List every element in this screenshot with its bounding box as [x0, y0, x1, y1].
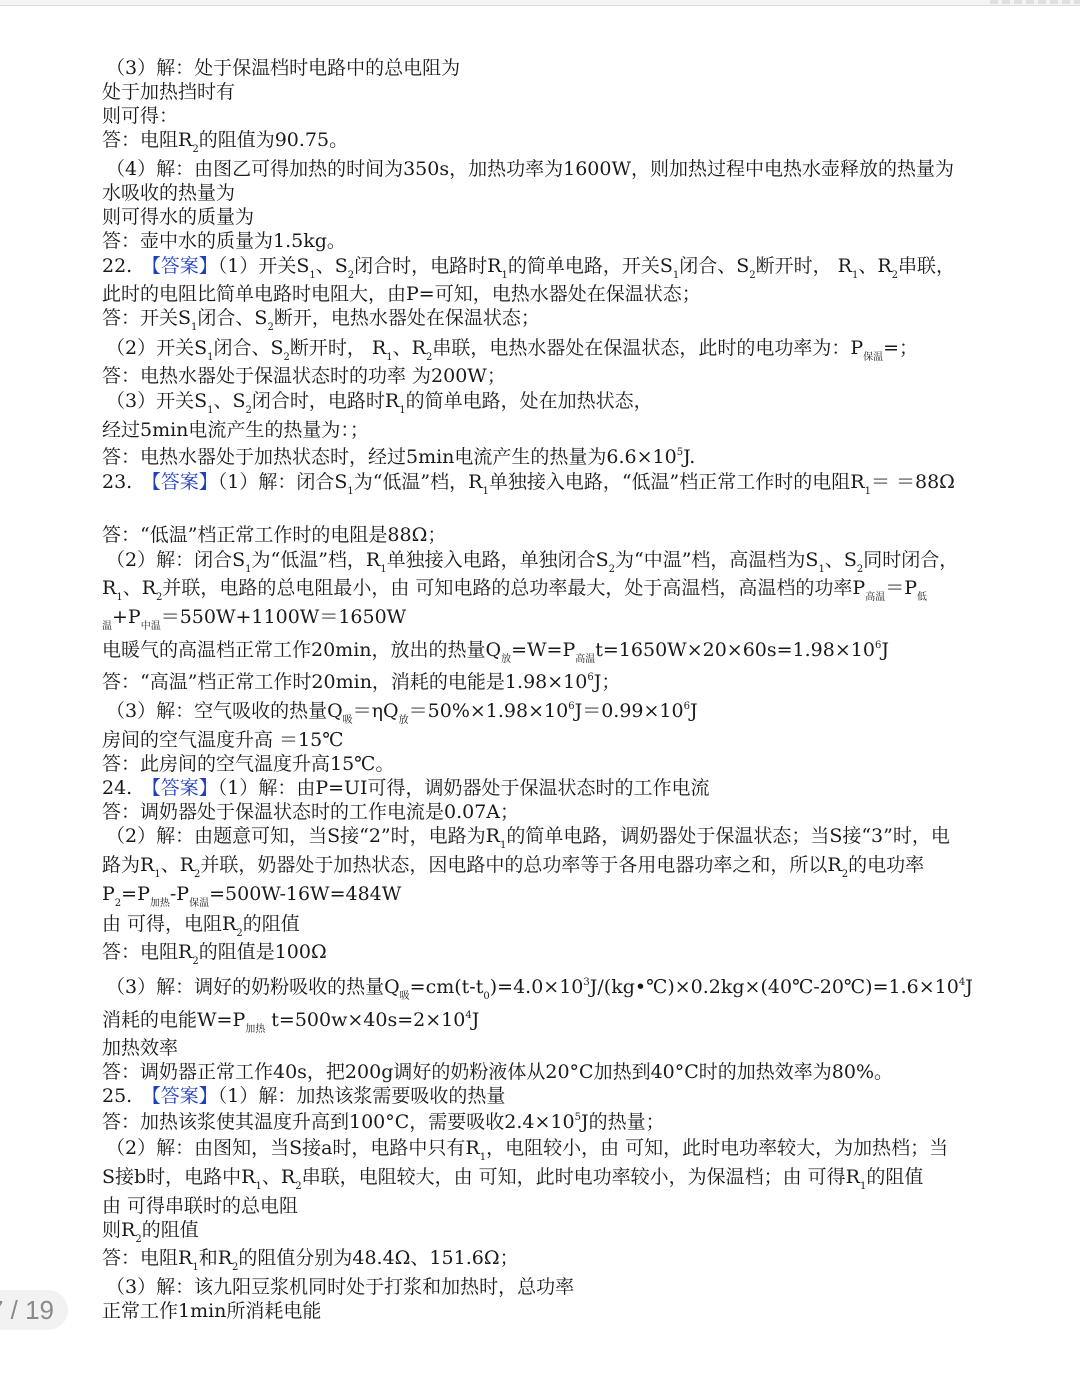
text-segment: （3）解：空气吸收的热量Q: [106, 700, 343, 722]
text-segment: 串联，电阻较大，由 可知，此时电功率较小，为保温档；由 可得R: [302, 1166, 860, 1188]
text-line: （3）解：处于保温档时电路中的总电阻为: [106, 56, 460, 80]
text-line: 25. 【答案】（1）解：加热该浆需要吸收的热量: [102, 1084, 505, 1108]
text-line: （3）解：调好的奶粉吸收的热量Q吸=cm(t-t0)=4.0×103J/(kg•…: [106, 975, 973, 999]
text-segment: =cm(t-t: [410, 976, 484, 998]
text-line: 则R2的阻值: [102, 1218, 199, 1242]
text-segment: 的阻值: [243, 913, 300, 935]
text-line: 消耗的电能W=P加热 t=500w×40s=2×104J: [102, 1008, 479, 1032]
text-segment: ＝ηQ: [353, 700, 399, 722]
text-segment: J＝0.99×10: [575, 700, 684, 722]
answer-label: 【答案】: [151, 777, 218, 799]
text-line: 温+P中温＝550W+1100W＝1650W: [102, 605, 406, 629]
text-segment: 由 可得，电阻R: [102, 913, 236, 935]
answer-label: 【答案】: [151, 255, 218, 277]
text-segment: （1）解：由P=UI可得，调奶器处于保温状态时的工作电流: [218, 777, 710, 799]
text-segment: 25.: [102, 1085, 151, 1107]
text-segment: 由 可得串联时的总电阻: [102, 1195, 298, 1217]
text-line: 电暖气的高温档正常工作20min，放出的热量Q放=W=P高温t=1650W×20…: [102, 638, 889, 662]
text-line: （2）解：闭合S1为“低温”档，R1单独接入电路，单独闭合S2为“中温”档，高温…: [106, 548, 958, 572]
answer-label: 【答案】: [151, 471, 218, 493]
text-line: S接b时，电路中R1、R2串联，电阻较大，由 可知，此时电功率较小，为保温档；由…: [102, 1165, 923, 1189]
text-line: 答：加热该浆使其温度升高到100°C，需要吸收2.4×105J的热量；: [102, 1110, 665, 1134]
text-line: （2）解：由图知，当S接a时，电路中只有R1，电阻较小，由 可知，此时电功率较大…: [106, 1136, 948, 1160]
text-segment: 则可得：: [102, 105, 178, 127]
text-segment: ，电阻较小，由 可知，此时电功率较大，为加热档；当: [486, 1137, 948, 1159]
subscript: 吸: [400, 991, 410, 1002]
text-segment: （2）解：闭合S: [106, 549, 245, 571]
text-segment: 并联，奶器处于加热状态，因电路中的总功率等于各用电器功率之和，所以R: [200, 854, 841, 876]
text-segment: 为“中温”档，高温档为S: [615, 549, 818, 571]
text-segment: =P: [121, 883, 150, 905]
text-segment: S接b时，电路中R: [102, 1166, 256, 1188]
document-page: （3）解：处于保温档时电路中的总电阻为处于加热挡时有则可得：答：电阻R2的阻值为…: [0, 0, 1080, 1393]
text-segment: ＝ ＝88Ω: [871, 471, 955, 493]
text-segment: 、R: [262, 1166, 295, 1188]
text-segment: 断开时， R: [290, 337, 386, 359]
text-line: （3）开关S1、S2闭合时，电路时R1的简单电路，处在加热状态，: [106, 389, 653, 413]
text-segment: 路为R: [102, 854, 154, 876]
text-segment: 答：“低温”档正常工作时的电阻是88Ω；: [102, 524, 446, 546]
text-segment: 、R: [858, 255, 891, 277]
text-segment: 处于加热挡时有: [102, 81, 235, 103]
text-line: 正常工作1min所消耗电能: [102, 1299, 321, 1323]
text-segment: J/(kg•℃)×0.2kg×(40℃-20℃)=1.6×10: [590, 976, 959, 998]
text-segment: 为“低温”档，R: [251, 549, 380, 571]
text-line: P2=P加热-P保温=500W-16W=484W: [102, 882, 401, 906]
text-segment: 、R: [393, 337, 426, 359]
text-line: 24. 【答案】（1）解：由P=UI可得，调奶器处于保温状态时的工作电流: [102, 776, 710, 800]
subscript: 高温: [865, 592, 885, 603]
subscript: 保温: [863, 352, 883, 363]
text-segment: 串联，: [898, 255, 955, 277]
text-line: 答：电阻R2的阻值为90.75。: [102, 128, 348, 152]
text-segment: J.: [683, 446, 695, 468]
text-segment: R: [102, 577, 116, 599]
text-segment: 闭合、S: [197, 307, 267, 329]
text-segment: 答：电阻R: [102, 129, 192, 151]
text-segment: 的简单电路，调奶器处于保温状态；当S接“3”时，电: [506, 825, 950, 847]
text-segment: J: [690, 700, 698, 722]
text-line: 房间的空气温度升高 ＝15℃: [102, 728, 343, 752]
text-segment: （3）解：该九阳豆浆机同时处于打浆和加热时，总功率: [106, 1276, 574, 1298]
text-line: （2）开关S1闭合、S2断开时， R1、R2串联，电热水器处在保温状态，此时的电…: [106, 336, 918, 360]
text-segment: 闭合时，电路时R: [252, 390, 399, 412]
text-segment: 单独接入电路，单独闭合S: [387, 549, 609, 571]
text-segment: 答：电阻R: [102, 941, 192, 963]
text-segment: 22.: [102, 255, 151, 277]
text-segment: )=4.0×10: [490, 976, 584, 998]
text-line: 处于加热挡时有: [102, 80, 235, 104]
text-segment: -P: [170, 883, 189, 905]
text-line: （4）解：由图乙可得加热的时间为350s，加热功率为1600W，则加热过程中电热…: [106, 157, 954, 181]
subscript: 吸: [343, 715, 353, 726]
text-segment: 房间的空气温度升高 ＝15℃: [102, 729, 343, 751]
text-line: 加热效率: [102, 1036, 178, 1060]
text-segment: 正常工作1min所消耗电能: [102, 1300, 321, 1322]
text-segment: 单独接入电路，“低温”档正常工作时的电阻R: [489, 471, 865, 493]
text-segment: 闭合、S: [679, 255, 749, 277]
text-segment: （3）解：处于保温档时电路中的总电阻为: [106, 57, 460, 79]
text-segment: J；: [594, 671, 621, 693]
text-segment: P: [102, 883, 115, 905]
text-segment: 电暖气的高温档正常工作20min，放出的热量Q: [102, 639, 501, 661]
text-segment: 闭合时，电路时R: [354, 255, 501, 277]
text-segment: （2）解：由图知，当S接a时，电路中只有R: [106, 1137, 480, 1159]
text-segment: ＝50%×1.98×10: [409, 700, 569, 722]
text-segment: 答：调奶器处于保温状态时的工作电流是0.07A；: [102, 801, 519, 823]
text-segment: 水吸收的热量为: [102, 182, 235, 204]
subscript: 放: [501, 654, 511, 665]
text-segment: 、S: [213, 390, 245, 412]
text-line: 则可得水的质量为: [102, 205, 254, 229]
text-segment: 消耗的电能W=P: [102, 1009, 245, 1031]
text-line: 则可得：: [102, 104, 178, 128]
text-line: 由 可得，电阻R2的阻值: [102, 912, 300, 936]
text-segment: 答：电热水器处于保温状态时的功率 为200W；: [102, 365, 506, 387]
text-segment: 的电功率: [848, 854, 924, 876]
text-segment: 的阻值是100Ω: [199, 941, 327, 963]
answer-label: 【答案】: [151, 1085, 218, 1107]
text-segment: （3）开关S: [106, 390, 207, 412]
text-line: 经过5min电流产生的热量为：；: [102, 418, 369, 442]
text-segment: ＝550W+1100W＝1650W: [161, 606, 406, 628]
text-segment: （1）解：加热该浆需要吸收的热量: [218, 1085, 506, 1107]
text-segment: 、R: [161, 854, 194, 876]
text-segment: 和R: [199, 1247, 232, 1269]
text-segment: （3）解：调好的奶粉吸收的热量Q: [106, 976, 400, 998]
text-segment: 答：电热水器处于加热状态时，经过5min电流产生的热量为6.6×10: [102, 446, 677, 468]
text-segment: t=500w×40s=2×10: [265, 1009, 465, 1031]
text-segment: 答：开关S: [102, 307, 191, 329]
text-segment: 的阻值为90.75。: [199, 129, 348, 151]
text-line: 答：电热水器处于加热状态时，经过5min电流产生的热量为6.6×105J.: [102, 445, 695, 469]
text-line: 23. 【答案】（1）解：闭合S1为“低温”档，R1单独接入电路，“低温”档正常…: [102, 470, 955, 494]
text-line: 路为R1、R2并联，奶器处于加热状态，因电路中的总功率等于各用电器功率之和，所以…: [102, 853, 924, 877]
text-segment: J的热量；: [581, 1111, 665, 1133]
text-segment: 答：调奶器正常工作40s，把200g调好的奶粉液体从20°C加热到40°C时的加…: [102, 1061, 893, 1083]
subscript: 高温: [575, 654, 595, 665]
text-line: 答：开关S1闭合、S2断开，电热水器处在保温状态；: [102, 306, 540, 330]
text-segment: 此时的电阻比简单电路时电阻大，由P=可知，电热水器处在保温状态；: [102, 283, 701, 305]
text-segment: 同时闭合，: [863, 549, 958, 571]
text-segment: （1）开关S: [218, 255, 310, 277]
text-segment: 为“低温”档，R: [354, 471, 483, 493]
text-segment: 、S: [316, 255, 348, 277]
text-segment: =W=P: [511, 639, 575, 661]
text-segment: 的阻值: [142, 1219, 199, 1241]
text-line: R1、R2并联，电路的总电阻最小，由 可知电路的总功率最大，处于高温档，高温档的…: [102, 576, 927, 600]
text-segment: =；: [883, 337, 918, 359]
text-segment: 答：电阻R: [102, 1247, 192, 1269]
text-segment: 断开时， R: [756, 255, 852, 277]
text-line: 答：电热水器处于保温状态时的功率 为200W；: [102, 364, 506, 388]
text-line: 22. 【答案】（1）开关S1、S2闭合时，电路时R1的简单电路，开关S1闭合、…: [102, 254, 955, 278]
text-segment: 则R: [102, 1219, 135, 1241]
text-segment: 答：此房间的空气温度升高15℃。: [102, 753, 394, 775]
text-line: 答：“高温”档正常工作时20min，消耗的电能是1.98×106J；: [102, 670, 620, 694]
text-segment: 断开，电热水器处在保温状态；: [274, 307, 540, 329]
page-indicator[interactable]: 7 / 19: [0, 1290, 68, 1330]
subscript: 加热: [150, 898, 170, 909]
text-line: 水吸收的热量为: [102, 181, 235, 205]
text-line: 答：调奶器正常工作40s，把200g调好的奶粉液体从20°C加热到40°C时的加…: [102, 1060, 893, 1084]
text-line: 答：此房间的空气温度升高15℃。: [102, 752, 394, 776]
text-segment: +P: [112, 606, 141, 628]
text-segment: （2）开关S: [106, 337, 207, 359]
text-segment: ＝P: [885, 577, 917, 599]
subscript: 加热: [245, 1024, 265, 1035]
text-segment: 加热效率: [102, 1037, 178, 1059]
text-segment: （4）解：由图乙可得加热的时间为350s，加热功率为1600W，则加热过程中电热…: [106, 158, 954, 180]
text-segment: J: [965, 976, 973, 998]
text-segment: 闭合、S: [213, 337, 283, 359]
text-segment: J: [881, 639, 889, 661]
text-segment: 答：加热该浆使其温度升高到100°C，需要吸收2.4×10: [102, 1111, 575, 1133]
subscript: 低: [917, 592, 927, 603]
text-segment: 并联，电路的总电阻最小，由 可知电路的总功率最大，处于高温档，高温档的功率P: [162, 577, 865, 599]
text-line: 此时的电阻比简单电路时电阻大，由P=可知，电热水器处在保温状态；: [102, 282, 701, 306]
text-segment: 经过5min电流产生的热量为：；: [102, 419, 369, 441]
text-segment: 的阻值: [866, 1166, 923, 1188]
text-segment: （2）解：由题意可知，当S接“2”时，电路为R: [106, 825, 500, 847]
text-line: 答：壶中水的质量为1.5kg。: [102, 229, 346, 253]
text-line: 由 可得串联时的总电阻: [102, 1194, 298, 1218]
text-segment: （1）解：闭合S: [218, 471, 348, 493]
text-segment: 串联，电热水器处在保温状态，此时的电功率为：P: [432, 337, 863, 359]
text-line: （3）解：空气吸收的热量Q吸＝ηQ放＝50%×1.98×106J＝0.99×10…: [106, 699, 698, 723]
text-segment: 答：壶中水的质量为1.5kg。: [102, 230, 346, 252]
subscript: 温: [102, 621, 112, 632]
text-line: （3）解：该九阳豆浆机同时处于打浆和加热时，总功率: [106, 1275, 574, 1299]
text-segment: 则可得水的质量为: [102, 206, 254, 228]
text-segment: 答：“高温”档正常工作时20min，消耗的电能是1.98×10: [102, 671, 587, 693]
text-segment: 、R: [123, 577, 156, 599]
text-segment: t=1650W×20×60s=1.98×10: [595, 639, 875, 661]
text-segment: 的阻值分别为48.4Ω、151.6Ω；: [238, 1247, 518, 1269]
subscript: 中温: [141, 621, 161, 632]
text-segment: 的简单电路，开关S: [508, 255, 673, 277]
subscript: 保温: [189, 898, 209, 909]
subscript: 放: [399, 715, 409, 726]
text-segment: J: [472, 1009, 480, 1031]
text-line: 答：电阻R1和R2的阻值分别为48.4Ω、151.6Ω；: [102, 1246, 519, 1270]
text-line: （2）解：由题意可知，当S接“2”时，电路为R1的简单电路，调奶器处于保温状态；…: [106, 824, 950, 848]
text-line: 答：电阻R2的阻值是100Ω: [102, 940, 327, 964]
text-segment: 23.: [102, 471, 151, 493]
text-segment: 、S: [825, 549, 857, 571]
text-segment: 的简单电路，处在加热状态，: [406, 390, 653, 412]
text-line: 答：调奶器处于保温状态时的工作电流是0.07A；: [102, 800, 519, 824]
text-segment: 24.: [102, 777, 151, 799]
text-segment: =500W-16W=484W: [209, 883, 401, 905]
text-line: 答：“低温”档正常工作时的电阻是88Ω；: [102, 523, 446, 547]
